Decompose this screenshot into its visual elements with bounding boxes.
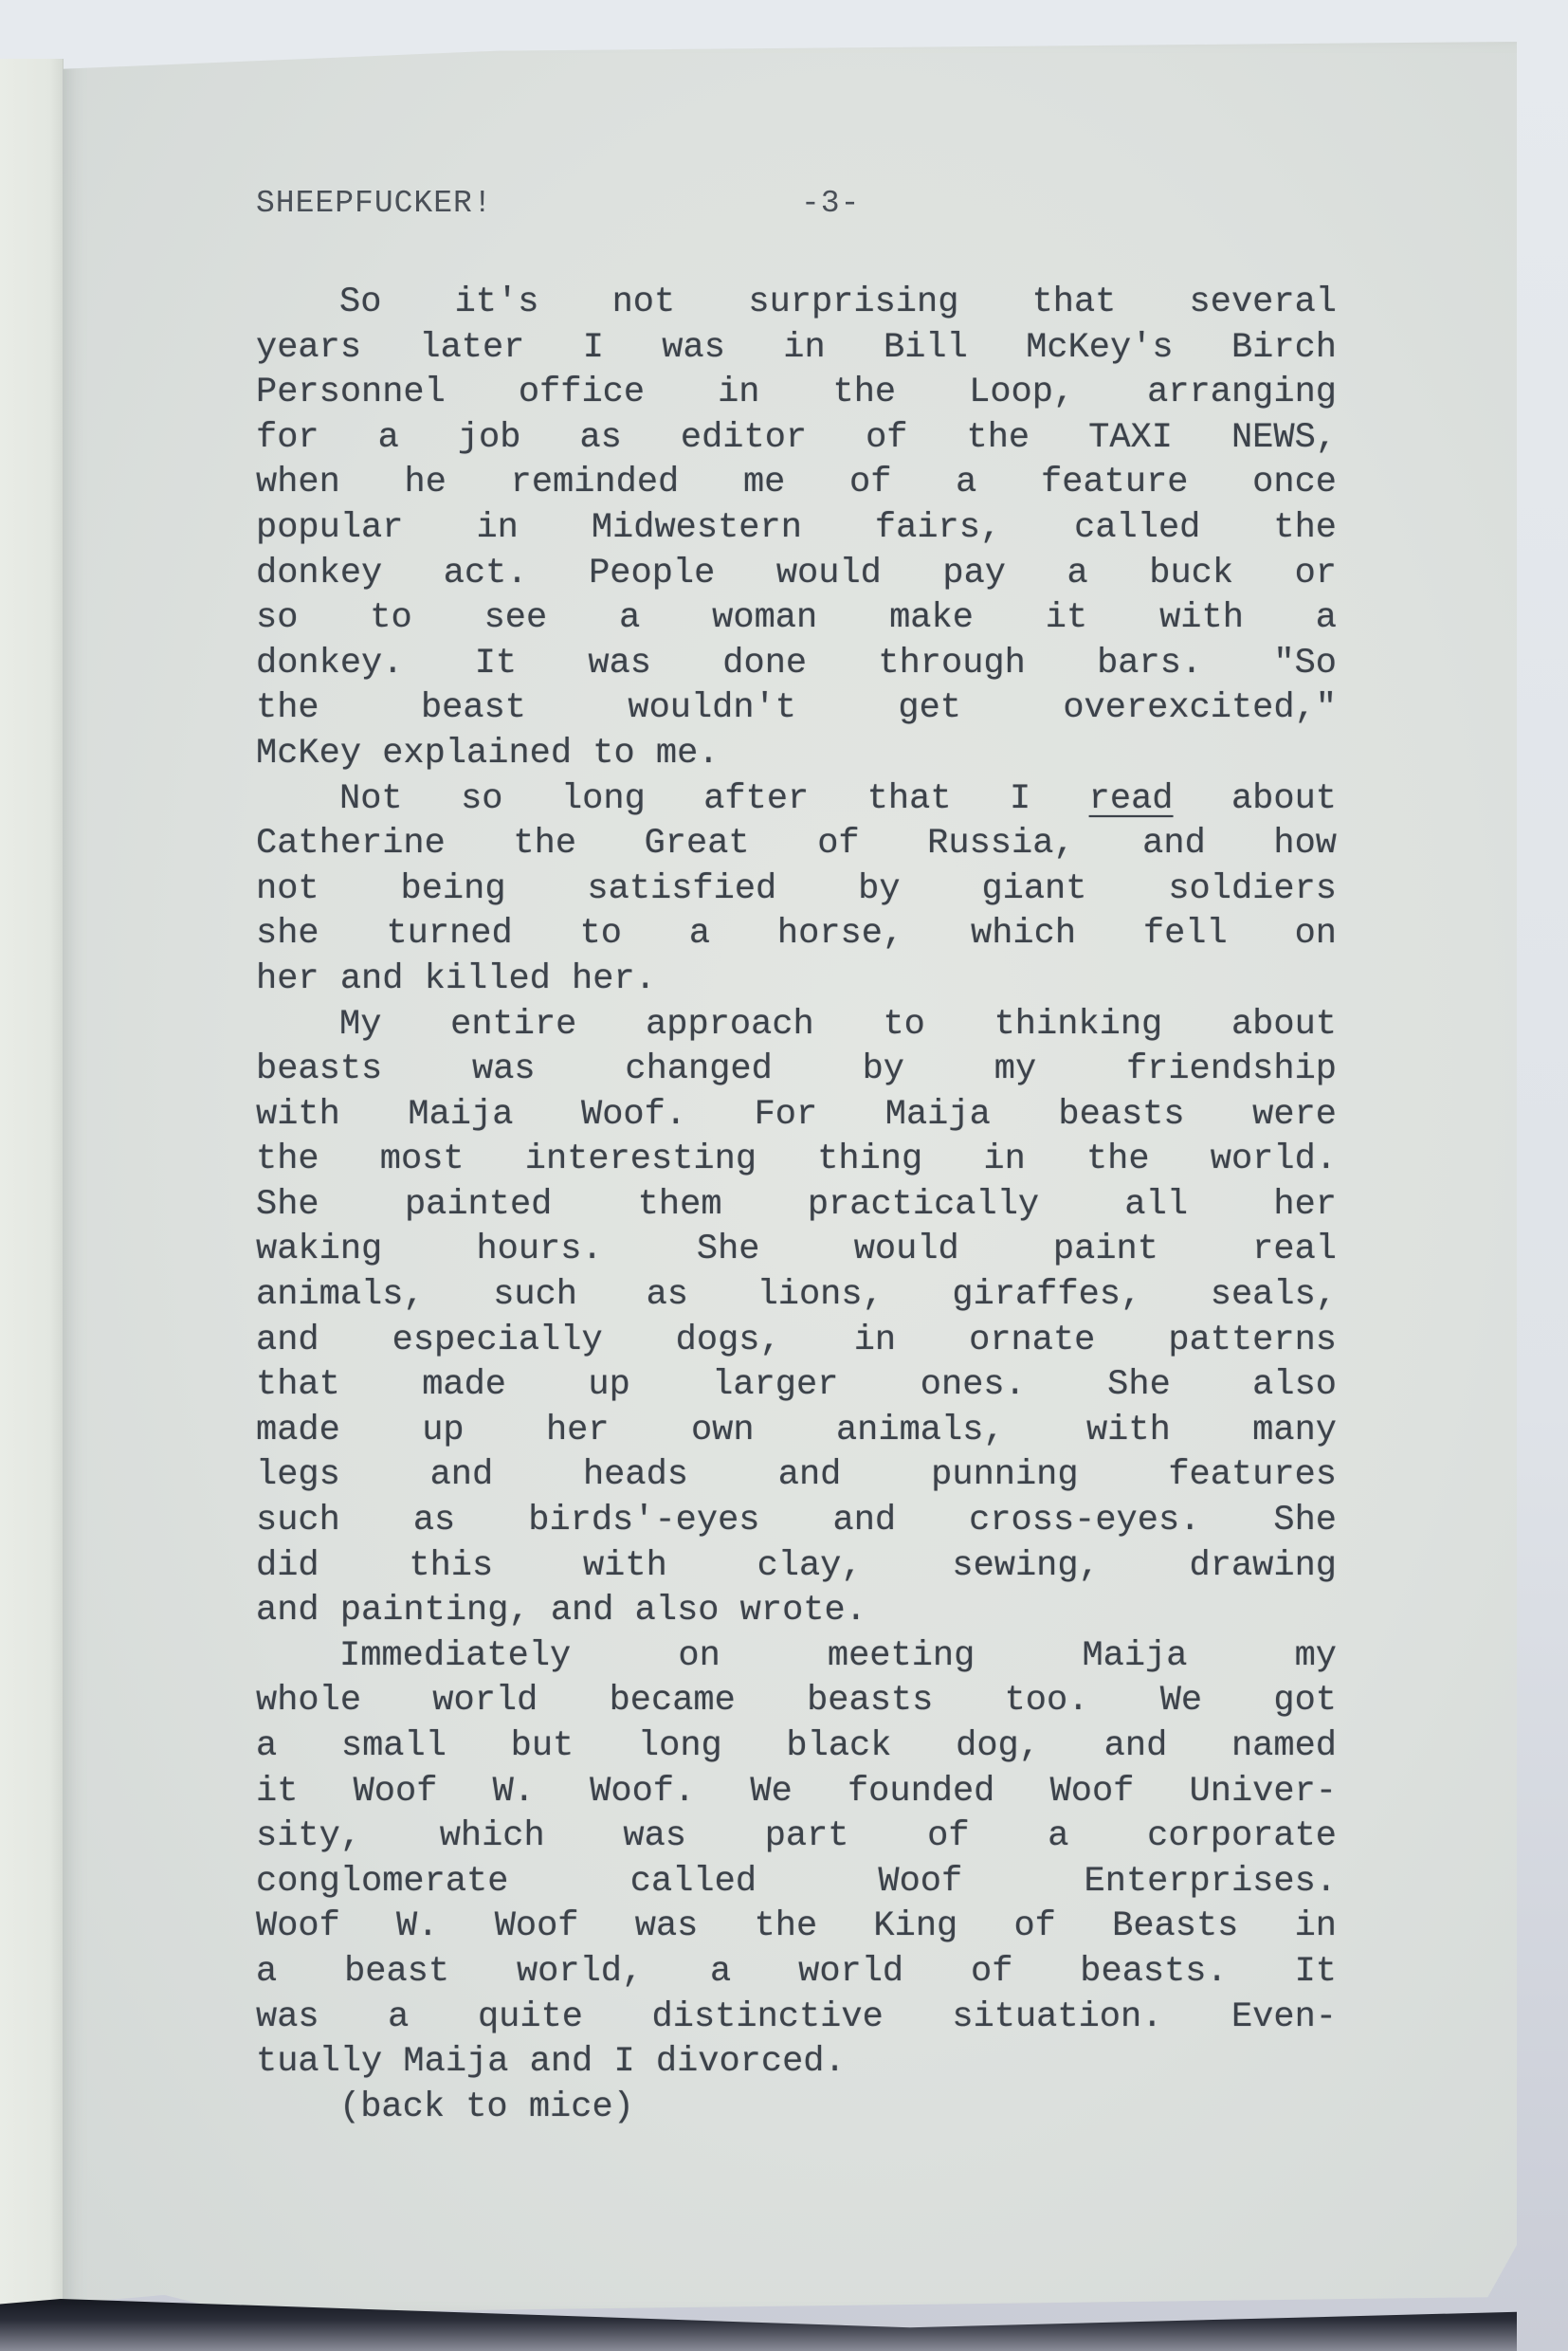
text-line: waking hours. She would paint real <box>256 1228 1337 1273</box>
text-line: the most interesting thing in the world. <box>256 1138 1337 1183</box>
text-line: made up her own animals, with many <box>256 1409 1337 1454</box>
typewritten-body: So it's not surprising that severalyears… <box>256 281 1337 2130</box>
running-title: SHEEPFUCKER! <box>256 186 493 221</box>
text-line: the beast wouldn't get overexcited," <box>256 686 1337 732</box>
underlined-word: read <box>1089 779 1174 819</box>
text-line: and especially dogs, in ornate patterns <box>256 1319 1337 1364</box>
text-line: with Maija Woof. For Maija beasts were <box>256 1093 1337 1139</box>
text-line: it Woof W. Woof. We founded Woof Univer- <box>256 1770 1337 1815</box>
text-line: tually Maija and I divorced. <box>256 2040 1337 2086</box>
page-number: -3- <box>801 186 860 221</box>
text-line: her and killed her. <box>256 957 1337 1003</box>
text-line: Woof W. Woof was the King of Beasts in <box>256 1904 1337 1950</box>
page-bottom-shadow <box>0 2299 1517 2351</box>
text-line: a beast world, a world of beasts. It <box>256 1950 1337 1996</box>
text-line: Immediately on meeting Maija my <box>256 1634 1337 1680</box>
text-line: that made up larger ones. She also <box>256 1363 1337 1409</box>
text-line: when he reminded me of a feature once <box>256 461 1337 506</box>
text-line: not being satisfied by giant soldiers <box>256 867 1337 913</box>
text-line: animals, such as lions, giraffes, seals, <box>256 1273 1337 1319</box>
text-line: such as birds'-eyes and cross-eyes. She <box>256 1499 1337 1544</box>
text-line: so to see a woman make it with a <box>256 596 1337 642</box>
text-line: My entire approach to thinking about <box>256 1003 1337 1048</box>
text-line: So it's not surprising that several <box>256 281 1337 326</box>
text-line: for a job as editor of the TAXI NEWS, <box>256 416 1337 462</box>
text-line: She painted them practically all her <box>256 1183 1337 1229</box>
text-line: beasts was changed by my friendship <box>256 1048 1337 1093</box>
text-line: and painting, and also wrote. <box>256 1589 1337 1634</box>
text-line: (back to mice) <box>256 2086 1337 2131</box>
text-line: was a quite distinctive situation. Even- <box>256 1996 1337 2041</box>
text-line: sity, which was part of a corporate <box>256 1814 1337 1860</box>
text-line: donkey. It was done through bars. "So <box>256 642 1337 687</box>
text-line: Not so long after that I read about <box>256 777 1337 823</box>
text-line: donkey act. People would pay a buck or <box>256 552 1337 597</box>
text-line: McKey explained to me. <box>256 732 1337 777</box>
facing-page-edge <box>0 59 64 2315</box>
text-line: whole world became beasts too. We got <box>256 1679 1337 1724</box>
text-line: Personnel office in the Loop, arranging <box>256 371 1337 416</box>
text-line: she turned to a horse, which fell on <box>256 912 1337 957</box>
text-line: years later I was in Bill McKey's Birch <box>256 326 1337 372</box>
text-line: conglomerate called Woof Enterprises. <box>256 1860 1337 1905</box>
text-line: popular in Midwestern fairs, called the <box>256 506 1337 552</box>
text-line: Catherine the Great of Russia, and how <box>256 822 1337 867</box>
text-line: did this with clay, sewing, drawing <box>256 1544 1337 1590</box>
text-line: a small but long black dog, and named <box>256 1724 1337 1770</box>
page-header: SHEEPFUCKER! -3- <box>256 186 1346 228</box>
text-line: legs and heads and punning features <box>256 1453 1337 1499</box>
